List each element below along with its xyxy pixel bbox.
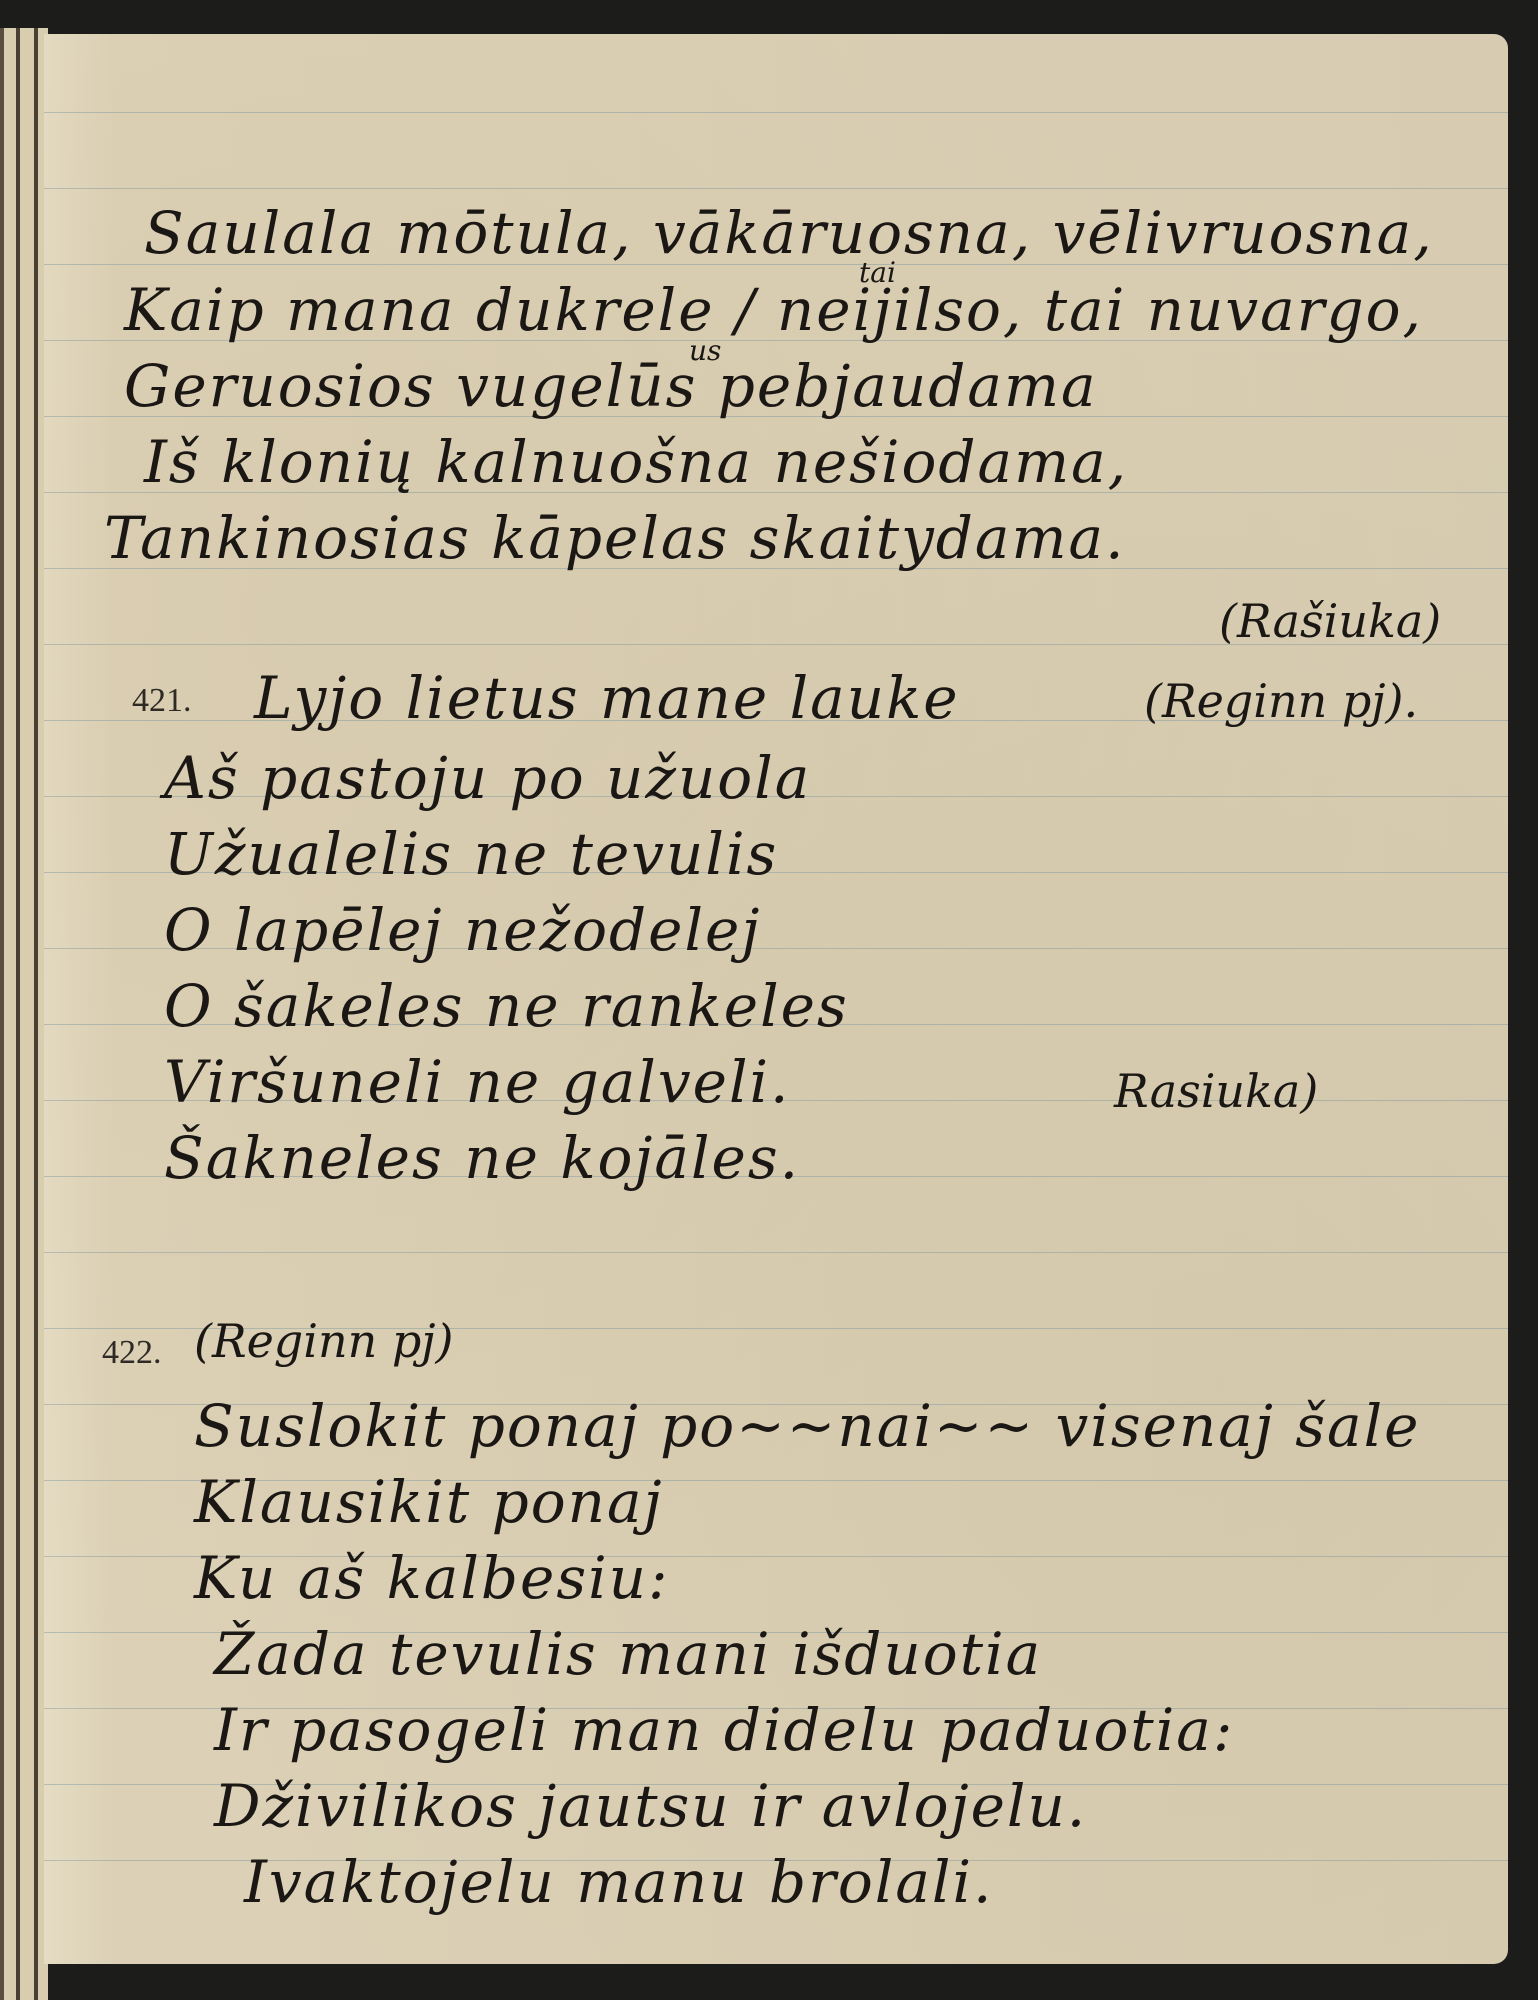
verse-line: Užualelis ne tevulis xyxy=(164,820,778,888)
verse-line: Klausikit ponaj xyxy=(194,1468,664,1536)
binding-edge xyxy=(34,28,38,2000)
verse-line: Lyjo lietus mane lauke xyxy=(254,664,960,732)
ruled-line xyxy=(44,112,1508,113)
source-note: (Reginn pj). xyxy=(1144,674,1418,728)
binding-edge xyxy=(0,28,4,2000)
verse-line: Kaip mana dukrele / neijilso, tai nuvarg… xyxy=(124,276,1423,344)
source-note: (Reginn pj) xyxy=(194,1314,454,1368)
verse-line: Geruosios vugelūs pebjaudama xyxy=(124,352,1098,420)
verse-line: Ku aš kalbesiu: xyxy=(194,1544,670,1612)
song-number: 422. xyxy=(102,1334,162,1372)
ruled-line xyxy=(44,188,1508,189)
verse-line: Suslokit ponaj po~~nai~~ visenaj šale xyxy=(194,1392,1421,1460)
verse-line: Dživilikos jautsu ir avlojelu. xyxy=(214,1772,1087,1840)
notebook-binding xyxy=(0,28,48,2000)
verse-line: Žada tevulis mani išduotia xyxy=(214,1620,1042,1688)
verse-line: Saulala mōtula, vākāruosna, vēlivruosna, xyxy=(144,199,1434,267)
verse-line: Ir pasogeli man didelu paduotia: xyxy=(214,1696,1234,1764)
source-note: (Rašiuka) xyxy=(1219,594,1441,648)
verse-line: Šakneles ne kojāles. xyxy=(164,1124,800,1192)
verse-line: Iš klonių kalnuošna nešiodama, xyxy=(144,428,1128,496)
signature: Rasiuka) xyxy=(1114,1064,1318,1118)
verse-line: O šakeles ne rankeles xyxy=(164,972,849,1040)
verse-line: O lapēlej nežodelej xyxy=(164,896,761,964)
ruled-line xyxy=(44,1252,1508,1253)
verse-line: Viršuneli ne galveli. xyxy=(164,1048,790,1116)
binding-edge xyxy=(16,28,20,2000)
verse-line: Aš pastoju po užuola xyxy=(164,744,811,812)
notebook-page: Saulala mōtula, vākāruosna, vēlivruosna,… xyxy=(44,34,1508,1964)
verse-line: Tankinosias kāpelas skaitydama. xyxy=(104,504,1126,572)
song-number: 421. xyxy=(132,682,192,720)
verse-line: Ivaktojelu manu brolali. xyxy=(244,1848,993,1916)
